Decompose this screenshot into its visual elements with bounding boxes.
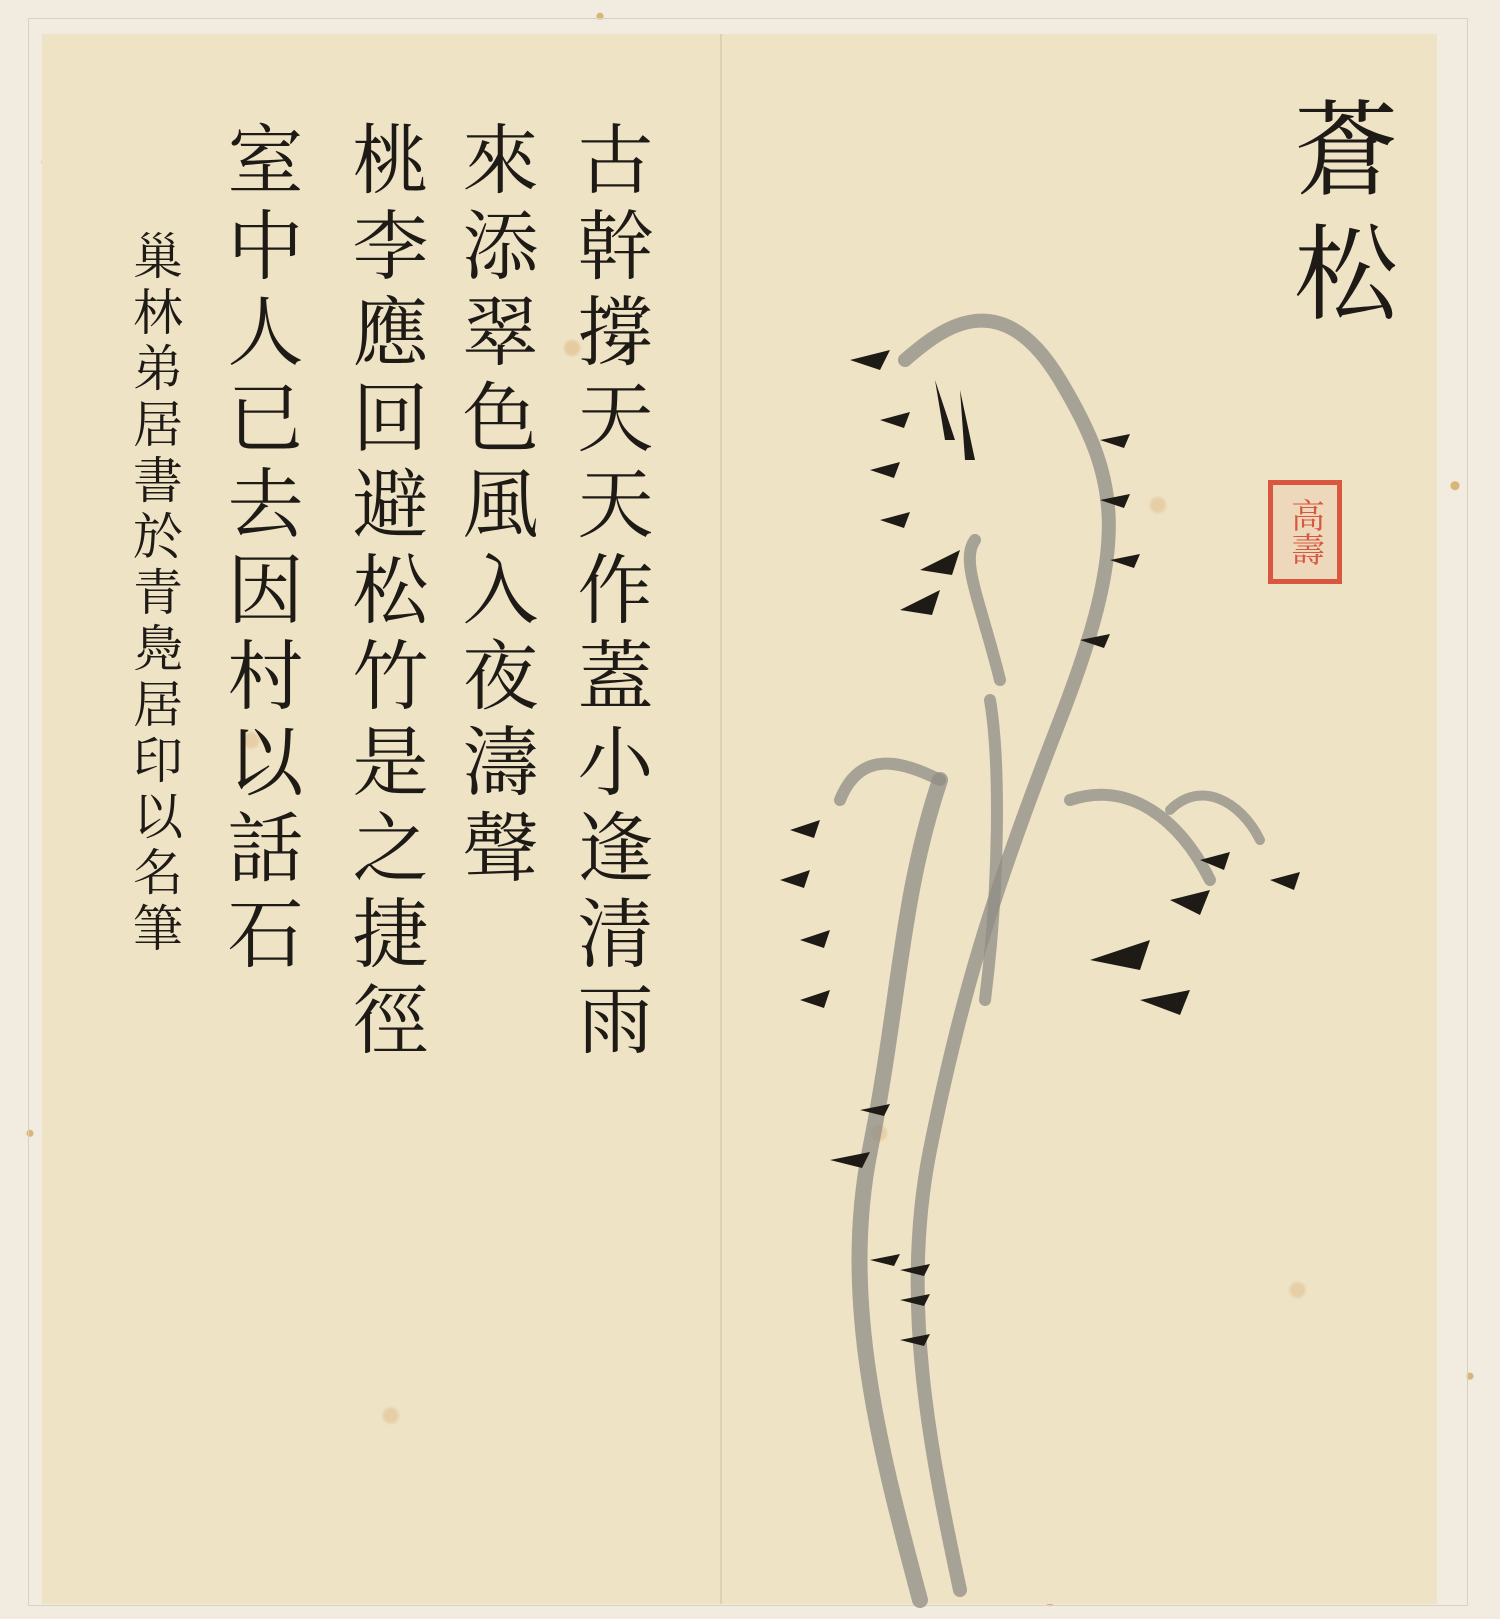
pine-branch-painting [0,0,1500,1619]
